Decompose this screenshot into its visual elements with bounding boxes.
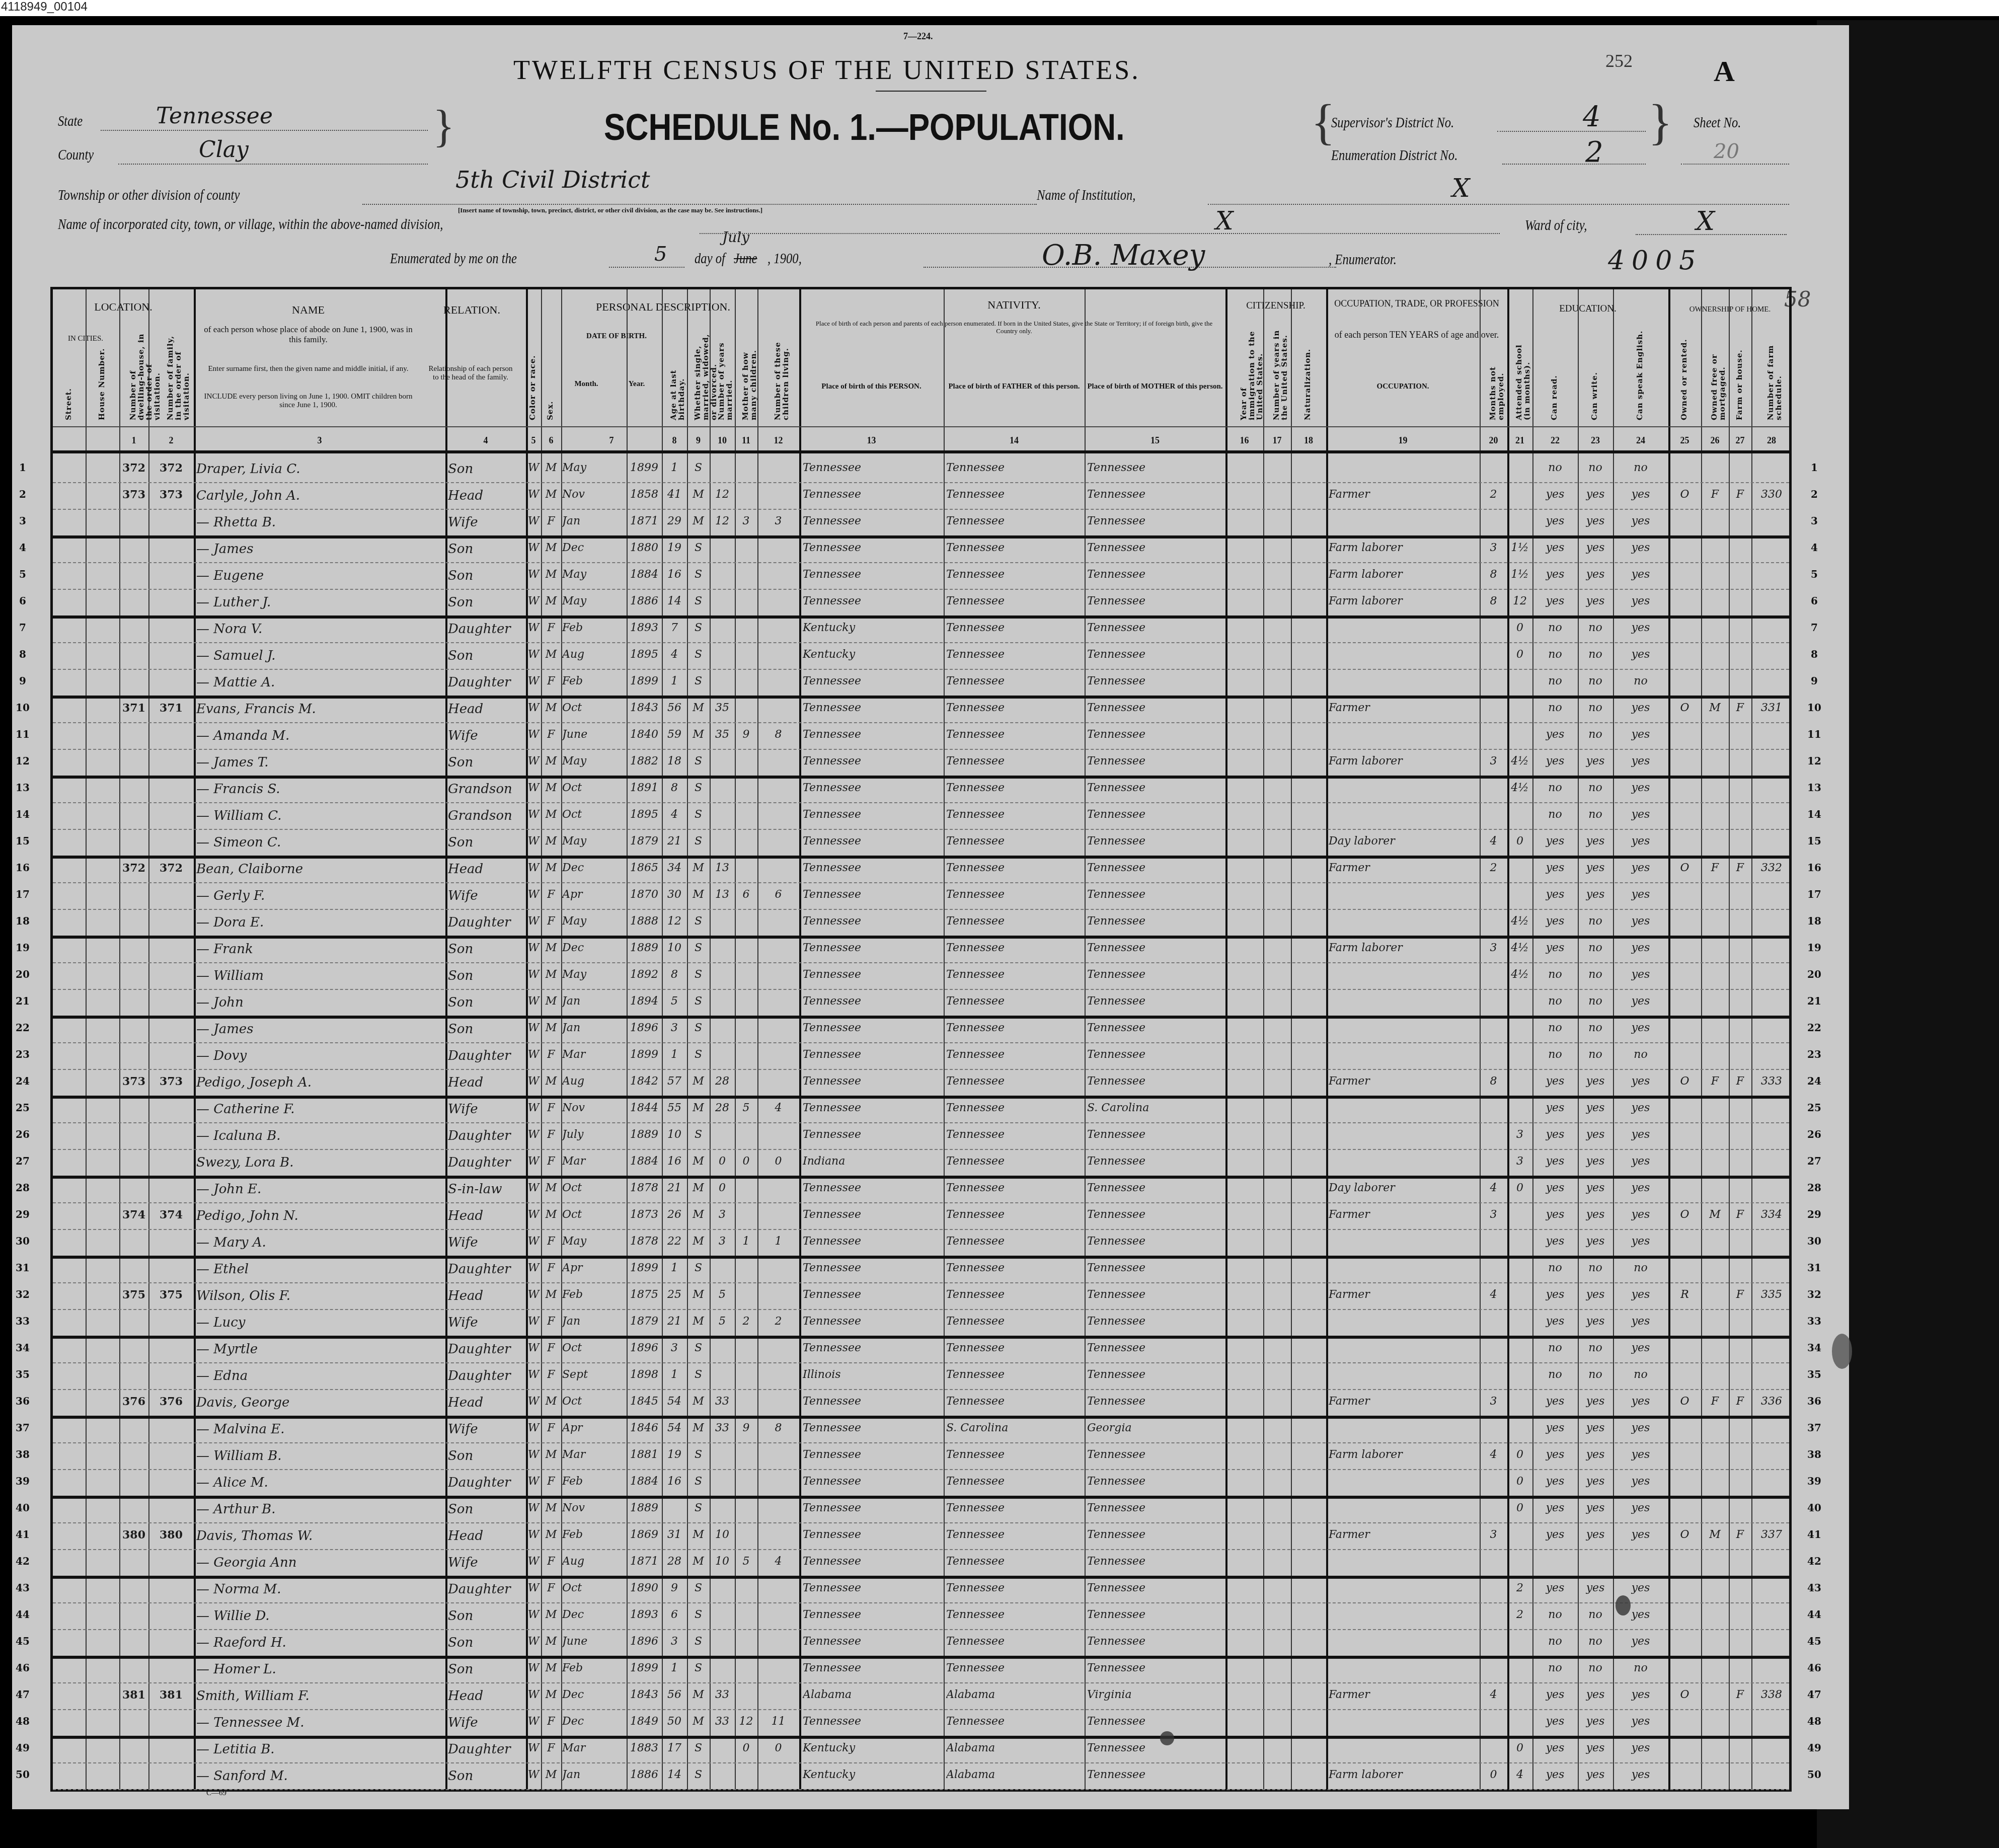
row-number-right: 38 — [1804, 1448, 1824, 1460]
cell-mbp: Tennessee — [1087, 622, 1225, 634]
cell-fs: 338 — [1751, 1688, 1792, 1701]
cell-bp: Tennessee — [803, 915, 944, 928]
cell-rel: Son — [448, 1502, 526, 1517]
supervisor-label: Supervisor's District No. — [1331, 115, 1454, 131]
cell-name: — Norma M. — [196, 1582, 445, 1597]
row-number-right: 43 — [1804, 1582, 1824, 1594]
cell-read: yes — [1532, 755, 1578, 767]
column-number: 28 — [1751, 435, 1792, 446]
cell-age: 16 — [662, 1155, 687, 1168]
cell-fam: 373 — [148, 1075, 194, 1088]
cell-write: yes — [1578, 1155, 1613, 1168]
column-rule — [1578, 289, 1579, 1789]
column-number: 2 — [148, 435, 194, 446]
cell-sex: M — [541, 862, 561, 874]
cell-bp: Tennessee — [803, 1448, 944, 1461]
name-instruction-2: INCLUDE every person living on June 1, 1… — [204, 393, 413, 410]
cell-fam: 375 — [148, 1288, 194, 1301]
row-number-left: 8 — [13, 648, 33, 660]
row-number-left: 4 — [13, 542, 33, 554]
cell-mar: M — [687, 888, 710, 901]
column-rule — [1532, 289, 1533, 1789]
row-rule — [53, 535, 1789, 538]
row-rule — [53, 1202, 1789, 1203]
cell-bp: Tennessee — [803, 755, 944, 767]
cell-month: Feb — [562, 675, 627, 687]
cell-month: Oct — [562, 1208, 627, 1221]
footer-code: C—69 — [196, 1789, 237, 1798]
column-header: OCCUPATION. — [1326, 382, 1480, 391]
row-number-right: 50 — [1804, 1768, 1824, 1781]
row-rule — [53, 1362, 1789, 1363]
cell-sex: M — [541, 808, 561, 821]
column-number: 1 — [119, 435, 148, 446]
row-rule — [53, 1469, 1789, 1470]
cell-age: 8 — [662, 782, 687, 794]
cell-year: 1871 — [627, 515, 662, 527]
cell-year: 1870 — [627, 888, 662, 901]
column-number: 7 — [561, 435, 662, 446]
cell-ym: 33 — [710, 1715, 735, 1728]
cell-color: W — [526, 728, 541, 741]
cell-year: 1889 — [627, 1502, 662, 1514]
cell-write: no — [1578, 1048, 1613, 1061]
cell-read: yes — [1532, 942, 1578, 954]
cell-mar: S — [687, 1448, 710, 1461]
cell-mar: S — [687, 1368, 710, 1381]
cell-month: May — [562, 461, 627, 474]
cell-rel: Daughter — [448, 1262, 526, 1277]
ward-label: Ward of city, — [1525, 217, 1587, 234]
cell-occ: Farmer — [1329, 862, 1480, 874]
row-number-right: 25 — [1804, 1102, 1824, 1114]
cell-read: no — [1532, 782, 1578, 794]
cell-read: yes — [1532, 1235, 1578, 1248]
cell-age: 10 — [662, 942, 687, 954]
cell-fbp: Tennessee — [946, 1155, 1085, 1168]
cell-age: 26 — [662, 1208, 687, 1221]
row-number-left: 2 — [13, 488, 33, 500]
cell-color: W — [526, 1475, 541, 1488]
cell-mbp: Tennessee — [1087, 968, 1225, 981]
row-number-left: 40 — [13, 1502, 33, 1514]
cell-sex: M — [541, 1208, 561, 1221]
row-rule — [53, 776, 1789, 779]
cell-mbp: Tennessee — [1087, 1315, 1225, 1328]
cell-read: yes — [1532, 568, 1578, 581]
cell-month: Feb — [562, 1288, 627, 1301]
cell-ym: 0 — [710, 1182, 735, 1194]
cell-mbp: Tennessee — [1087, 1075, 1225, 1088]
cell-bp: Alabama — [803, 1688, 944, 1701]
row-number-left: 22 — [13, 1022, 33, 1034]
cell-eng: yes — [1613, 1582, 1668, 1594]
cell-age: 41 — [662, 488, 687, 501]
cell-sch: 0 — [1507, 1475, 1532, 1488]
cell-occ: Farmer — [1329, 1395, 1480, 1408]
cell-read: no — [1532, 1022, 1578, 1034]
cell-mar: S — [687, 648, 710, 661]
cell-read: yes — [1532, 1422, 1578, 1434]
cell-color: W — [526, 1448, 541, 1461]
cell-mar: S — [687, 1742, 710, 1754]
column-header: Naturalization. — [1303, 330, 1312, 420]
column-rule — [799, 289, 801, 1789]
cell-year: 1899 — [627, 1048, 662, 1061]
cell-write: yes — [1578, 1208, 1613, 1221]
cell-fbp: Tennessee — [946, 915, 1085, 928]
cell-month: Jan — [562, 995, 627, 1008]
cell-month: Oct — [562, 1182, 627, 1194]
nativity-desc: Place of birth of each person and parent… — [808, 320, 1220, 335]
cell-bp: Tennessee — [803, 1528, 944, 1541]
cell-month: Oct — [562, 702, 627, 714]
cell-sch: 1½ — [1507, 542, 1532, 554]
row-rule — [53, 1016, 1789, 1019]
cell-name: — Rhetta B. — [196, 515, 445, 530]
row-number-left: 9 — [13, 675, 33, 687]
cell-eng: yes — [1613, 968, 1668, 981]
cell-rel: S-in-law — [448, 1182, 526, 1197]
cell-read: no — [1532, 1635, 1578, 1648]
cell-sex: F — [541, 622, 561, 634]
column-header: Attended school (in months). — [1515, 330, 1531, 420]
cell-cl: 0 — [757, 1742, 799, 1754]
column-rule — [1701, 289, 1702, 1789]
cell-year: 1893 — [627, 622, 662, 634]
cell-ym: 35 — [710, 702, 735, 714]
row-rule — [53, 1096, 1789, 1099]
cell-cl: 4 — [757, 1102, 799, 1114]
cell-name: Wilson, Olis F. — [196, 1288, 445, 1303]
cell-mbp: Tennessee — [1087, 1235, 1225, 1248]
cell-mne: 3 — [1480, 1395, 1507, 1408]
cell-mbp: Tennessee — [1087, 515, 1225, 527]
cell-read: yes — [1532, 515, 1578, 527]
cell-color: W — [526, 1315, 541, 1328]
cell-ym: 5 — [710, 1288, 735, 1301]
cell-write: yes — [1578, 1742, 1613, 1754]
cell-cl: 1 — [757, 1235, 799, 1248]
cell-occ: Farm laborer — [1329, 1448, 1480, 1461]
row-rule — [53, 856, 1789, 859]
cell-fbp: Tennessee — [946, 808, 1085, 821]
cell-mc: 9 — [735, 1422, 757, 1434]
cell-mne: 4 — [1480, 1182, 1507, 1194]
cell-mar: S — [687, 915, 710, 928]
cell-sex: M — [541, 835, 561, 848]
cell-rel: Daughter — [448, 1155, 526, 1170]
cell-eng: yes — [1613, 1128, 1668, 1141]
cell-fs: 333 — [1751, 1075, 1792, 1088]
cell-month: Feb — [562, 1662, 627, 1674]
row-number-right: 26 — [1804, 1128, 1824, 1140]
cell-age: 8 — [662, 968, 687, 981]
cell-mar: S — [687, 1768, 710, 1781]
cell-write: yes — [1578, 1128, 1613, 1141]
cell-rel: Daughter — [448, 675, 526, 690]
cell-write: yes — [1578, 1502, 1613, 1514]
cell-dw: 373 — [119, 488, 148, 501]
row-number-right: 9 — [1804, 675, 1824, 687]
cell-mbp: Tennessee — [1087, 942, 1225, 954]
cell-sex: F — [541, 1422, 561, 1434]
cell-bp: Tennessee — [803, 1715, 944, 1728]
column-number: 8 — [662, 435, 687, 446]
cell-fbp: Tennessee — [946, 1102, 1085, 1114]
cell-read: yes — [1532, 1768, 1578, 1781]
cell-rel: Son — [448, 1662, 526, 1677]
row-number-right: 10 — [1804, 702, 1824, 714]
row-number-left: 14 — [13, 808, 33, 820]
cell-age: 57 — [662, 1075, 687, 1088]
cell-color: W — [526, 1688, 541, 1701]
column-number: 4 — [445, 435, 526, 446]
township-label: Township or other division of county — [58, 187, 240, 204]
cell-cl: 3 — [757, 515, 799, 527]
cell-age: 22 — [662, 1235, 687, 1248]
enumerator-name: O.B. Maxey — [1042, 239, 1205, 272]
cell-mar: S — [687, 461, 710, 474]
census-title: TWELFTH CENSUS OF THE UNITED STATES. — [513, 54, 1140, 86]
cell-ym: 3 — [710, 1235, 735, 1248]
cell-rel: Daughter — [448, 1582, 526, 1597]
cell-farm: F — [1729, 1288, 1751, 1301]
cell-eng: no — [1613, 1048, 1668, 1061]
row-rule — [53, 1629, 1789, 1630]
ink-stain — [1616, 1595, 1631, 1615]
cell-free: M — [1701, 702, 1729, 714]
cell-color: W — [526, 1395, 541, 1408]
column-header: Number of dwelling-house, in the order o… — [129, 330, 161, 420]
cell-read: no — [1532, 1608, 1578, 1621]
cell-dw: 374 — [119, 1208, 148, 1221]
cell-sch: 0 — [1507, 1502, 1532, 1514]
cell-month: Apr — [562, 1262, 627, 1274]
cell-bp: Tennessee — [803, 1608, 944, 1621]
cell-read: yes — [1532, 915, 1578, 928]
column-rule — [1225, 289, 1227, 1789]
cell-occ: Day laborer — [1329, 1182, 1480, 1194]
cell-mc: 6 — [735, 888, 757, 901]
cell-mne: 4 — [1480, 1288, 1507, 1301]
row-number-right: 24 — [1804, 1075, 1824, 1087]
cell-name: — Gerly F. — [196, 888, 445, 903]
cell-month: Oct — [562, 782, 627, 794]
cell-eng: yes — [1613, 862, 1668, 874]
cell-rel: Wife — [448, 1422, 526, 1437]
cell-month: Jan — [562, 1768, 627, 1781]
cell-mbp: Tennessee — [1087, 1768, 1225, 1781]
row-rule — [53, 450, 1789, 453]
cell-year: 1899 — [627, 461, 662, 474]
cell-fbp: Tennessee — [946, 488, 1085, 501]
cell-age: 6 — [662, 1608, 687, 1621]
cell-eng: yes — [1613, 1768, 1668, 1781]
cell-own: O — [1668, 1688, 1701, 1701]
cell-mbp: Georgia — [1087, 1422, 1225, 1434]
cell-sch: 2 — [1507, 1582, 1532, 1594]
cell-bp: Tennessee — [803, 1315, 944, 1328]
cell-year: 1846 — [627, 1422, 662, 1434]
cell-mbp: Tennessee — [1087, 648, 1225, 661]
row-rule — [53, 1736, 1789, 1739]
cell-age: 54 — [662, 1422, 687, 1434]
column-rule — [194, 289, 196, 1789]
cell-month: Apr — [562, 1422, 627, 1434]
cell-age: 3 — [662, 1635, 687, 1648]
cell-sch: 3 — [1507, 1155, 1532, 1168]
cell-read: yes — [1532, 1688, 1578, 1701]
cell-bp: Tennessee — [803, 968, 944, 981]
cell-occ: Farmer — [1329, 1075, 1480, 1088]
cell-fam: 373 — [148, 488, 194, 501]
column-rule — [944, 289, 945, 1789]
cell-bp: Tennessee — [803, 1395, 944, 1408]
cell-color: W — [526, 675, 541, 687]
cell-year: 1865 — [627, 862, 662, 874]
cell-sex: F — [541, 675, 561, 687]
cell-mar: M — [687, 1075, 710, 1088]
cell-name: — Catherine F. — [196, 1102, 445, 1117]
cell-rel: Daughter — [448, 1342, 526, 1357]
cell-color: W — [526, 1608, 541, 1621]
cell-age: 1 — [662, 1048, 687, 1061]
cell-mne: 3 — [1480, 1208, 1507, 1221]
cell-bp: Tennessee — [803, 595, 944, 607]
row-number-left: 33 — [13, 1315, 33, 1327]
cell-mc: 5 — [735, 1555, 757, 1568]
cell-color: W — [526, 1235, 541, 1248]
cell-rel: Wife — [448, 1315, 526, 1330]
cell-sch: 4½ — [1507, 782, 1532, 794]
cell-age: 30 — [662, 888, 687, 901]
cell-eng: yes — [1613, 782, 1668, 794]
cell-mbp: Tennessee — [1087, 1288, 1225, 1301]
cell-month: Feb — [562, 1475, 627, 1488]
cell-mbp: Tennessee — [1087, 461, 1225, 474]
cell-year: 1894 — [627, 995, 662, 1008]
row-number-left: 5 — [13, 568, 33, 580]
cell-eng: yes — [1613, 1635, 1668, 1648]
cell-ym: 13 — [710, 862, 735, 874]
cell-year: 1873 — [627, 1208, 662, 1221]
cell-month: Dec — [562, 862, 627, 874]
cell-color: W — [526, 488, 541, 501]
row-rule — [53, 1229, 1789, 1230]
row-number-left: 37 — [13, 1422, 33, 1434]
cell-farm: F — [1729, 702, 1751, 714]
cell-mbp: Tennessee — [1087, 755, 1225, 767]
row-number-right: 1 — [1804, 461, 1824, 474]
cell-age: 19 — [662, 542, 687, 554]
cell-color: W — [526, 1768, 541, 1781]
cell-color: W — [526, 515, 541, 527]
cell-sex: F — [541, 1102, 561, 1114]
cell-write: no — [1578, 1022, 1613, 1034]
cell-eng: yes — [1613, 1528, 1668, 1541]
cell-mbp: Tennessee — [1087, 1555, 1225, 1568]
cell-rel: Head — [448, 862, 526, 877]
cell-age: 14 — [662, 1768, 687, 1781]
cell-month: May — [562, 915, 627, 928]
cell-fbp: Alabama — [946, 1768, 1085, 1781]
row-number-left: 3 — [13, 515, 33, 527]
cell-write: yes — [1578, 1422, 1613, 1434]
cell-year: 1899 — [627, 1662, 662, 1674]
column-number: 17 — [1263, 435, 1291, 446]
cell-month: Aug — [562, 1555, 627, 1568]
cell-month: May — [562, 595, 627, 607]
cell-name: — Samuel J. — [196, 648, 445, 663]
cell-mar: S — [687, 942, 710, 954]
cell-write: yes — [1578, 1448, 1613, 1461]
row-number-left: 42 — [13, 1555, 33, 1567]
row-rule — [53, 1042, 1789, 1043]
cell-name: — Malvina E. — [196, 1422, 445, 1437]
cell-bp: Indiana — [803, 1155, 944, 1168]
cell-year: 1844 — [627, 1102, 662, 1114]
cell-color: W — [526, 1288, 541, 1301]
cell-eng: yes — [1613, 835, 1668, 848]
cell-month: May — [562, 968, 627, 981]
cell-mar: M — [687, 862, 710, 874]
cell-mbp: Tennessee — [1087, 835, 1225, 848]
cell-mne: 3 — [1480, 1528, 1507, 1541]
relation-desc: Relationship of each person to the head … — [428, 365, 513, 382]
row-rule — [53, 1176, 1789, 1179]
cell-free: M — [1701, 1208, 1729, 1221]
cell-read: no — [1532, 461, 1578, 474]
row-rule — [53, 1709, 1789, 1710]
row-number-right: 32 — [1804, 1288, 1824, 1300]
cell-write: yes — [1578, 595, 1613, 607]
cell-mc: 12 — [735, 1715, 757, 1728]
cell-rel: Daughter — [448, 1475, 526, 1490]
cell-month: Dec — [562, 542, 627, 554]
cell-fbp: Tennessee — [946, 622, 1085, 634]
cell-eng: yes — [1613, 702, 1668, 714]
cell-age: 31 — [662, 1528, 687, 1541]
cell-year: 1845 — [627, 1395, 662, 1408]
cell-rel: Head — [448, 1688, 526, 1704]
column-header: Number of family, in the order of visita… — [166, 330, 190, 420]
cell-read: yes — [1532, 1528, 1578, 1541]
cell-color: W — [526, 1582, 541, 1594]
cell-name: — Simeon C. — [196, 835, 445, 850]
cell-name: — Georgia Ann — [196, 1555, 445, 1570]
cell-write: yes — [1578, 1182, 1613, 1194]
cell-mar: M — [687, 1395, 710, 1408]
cell-mbp: Tennessee — [1087, 862, 1225, 874]
cell-month: Dec — [562, 942, 627, 954]
cell-sch: 0 — [1507, 622, 1532, 634]
cell-color: W — [526, 595, 541, 607]
group-personal: PERSONAL DESCRIPTION. — [523, 300, 803, 314]
row-number-left: 43 — [13, 1582, 33, 1594]
cell-write: no — [1578, 1608, 1613, 1621]
cell-sex: F — [541, 1742, 561, 1754]
cell-fbp: Alabama — [946, 1688, 1085, 1701]
cell-fbp: Tennessee — [946, 1182, 1085, 1194]
cell-name: Swezy, Lora B. — [196, 1155, 445, 1170]
cell-mbp: Tennessee — [1087, 1582, 1225, 1594]
cell-mbp: Tennessee — [1087, 542, 1225, 554]
row-number-right: 28 — [1804, 1182, 1824, 1194]
cell-eng: yes — [1613, 595, 1668, 607]
cell-fbp: Tennessee — [946, 1395, 1085, 1408]
cell-write: yes — [1578, 1715, 1613, 1728]
